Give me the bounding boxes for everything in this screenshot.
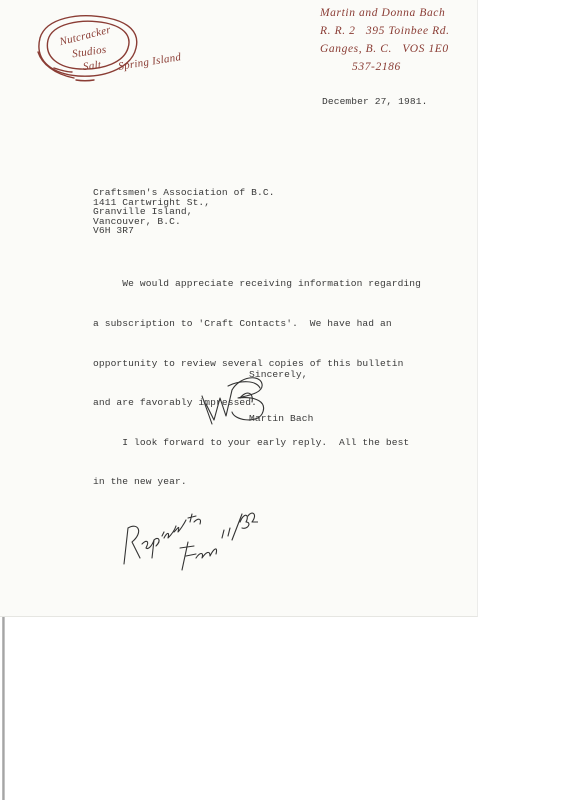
letterhead-names: Martin and Donna Bach	[320, 4, 450, 22]
letterhead-address-line-2: Ganges, B. C. VOS 1E0	[320, 40, 450, 58]
recipient-line: V6H 3R7	[93, 226, 275, 236]
body-line: a subscription to 'Craft Contacts'. We h…	[93, 317, 421, 330]
letter-page: Nutcracker Studios Salt Spring Island Ma…	[0, 0, 478, 617]
nutcracker-studios-logo: Nutcracker Studios Salt Spring Island	[28, 8, 188, 88]
recipient-address: Craftsmen's Association of B.C. 1411 Car…	[93, 188, 275, 236]
body-line: We would appreciate receiving informatio…	[93, 277, 421, 290]
letterhead-phone: 537-2186	[320, 58, 450, 76]
signer-name: Martin Bach	[249, 413, 313, 424]
handwritten-replied-note-icon	[118, 492, 258, 572]
lower-blank-sheet	[5, 617, 475, 800]
logo-text-salt: Salt	[82, 59, 102, 73]
body-line: in the new year.	[93, 475, 421, 488]
letterhead-address-line-1: R. R. 2 395 Toinbee Rd.	[320, 22, 450, 40]
letter-date: December 27, 1981.	[322, 96, 427, 107]
body-line: I look forward to your early reply. All …	[93, 436, 421, 449]
walnut-shell-icon	[28, 8, 188, 88]
letterhead-address: Martin and Donna Bach R. R. 2 395 Toinbe…	[320, 4, 450, 76]
